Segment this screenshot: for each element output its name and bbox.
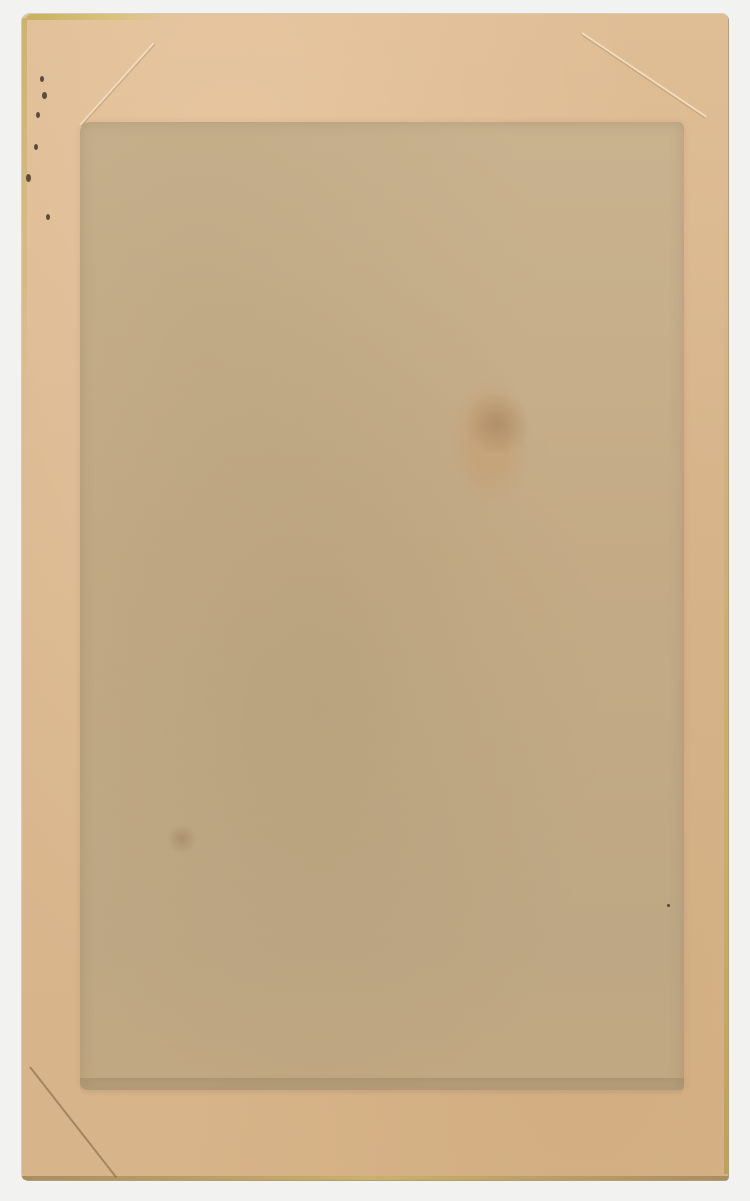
foxing-stain <box>462 394 532 454</box>
crease-top-right <box>581 32 706 118</box>
ink-speck <box>36 112 40 118</box>
ink-speck <box>667 904 670 907</box>
ink-speck <box>40 76 44 82</box>
foxing-stain <box>167 824 197 854</box>
gilt-edge-top <box>26 14 166 20</box>
ink-speck <box>46 214 50 220</box>
gilt-edge-left <box>22 18 27 438</box>
card-back <box>22 14 728 1180</box>
photo-scene <box>0 0 750 1201</box>
ink-speck <box>42 92 47 99</box>
ink-speck <box>26 174 31 182</box>
panel-bottom-shadow <box>80 1078 684 1096</box>
inner-paper-panel <box>80 122 684 1090</box>
gilt-edge-right <box>724 194 728 1174</box>
crease-top-left <box>79 43 154 126</box>
card-edge-bottom <box>22 1176 728 1180</box>
ink-speck <box>34 144 38 150</box>
